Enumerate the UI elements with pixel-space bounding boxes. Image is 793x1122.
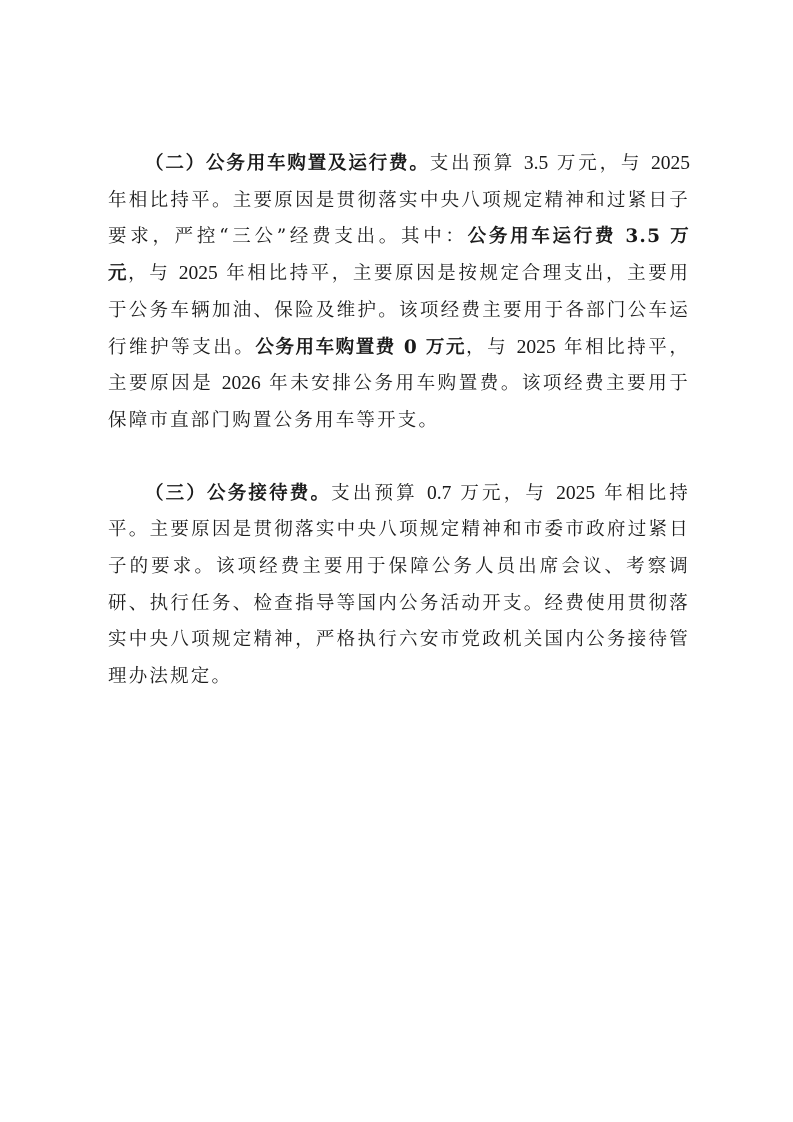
purchase-fee-label: 公务用车购置费 0 万元	[255, 337, 466, 358]
year-value: 2025	[556, 483, 595, 504]
text-run: 支出预算	[430, 153, 524, 174]
budget-amount: 3.5	[524, 153, 548, 174]
text-run: 万元，与	[451, 483, 556, 504]
text-run: 年相比持平。主要原因是贯彻落实中央八项规定精神和市委市政府过紧日子的要求。该项经…	[108, 483, 690, 688]
year-value: 2026	[222, 373, 261, 394]
text-run: ，与	[466, 337, 517, 358]
text-run: 支出预算	[331, 483, 427, 504]
year-value: 2025	[651, 153, 690, 174]
text-run: 万元，与	[548, 153, 651, 174]
text-run: ，与	[128, 263, 179, 284]
paragraph-vehicle-expenses: （二）公务用车购置及运行费。支出预算 3.5 万元，与 2025 年相比持平。主…	[108, 146, 690, 440]
paragraph-reception-expenses: （三）公务接待费。支出预算 0.7 万元，与 2025 年相比持平。主要原因是贯…	[108, 476, 690, 696]
budget-amount: 0.7	[427, 483, 451, 504]
section-heading: （二）公务用车购置及运行费。	[145, 153, 430, 174]
document-page: （二）公务用车购置及运行费。支出预算 3.5 万元，与 2025 年相比持平。主…	[108, 146, 690, 696]
year-value: 2025	[179, 263, 218, 284]
section-heading: （三）公务接待费。	[145, 483, 331, 504]
year-value: 2025	[517, 337, 556, 358]
